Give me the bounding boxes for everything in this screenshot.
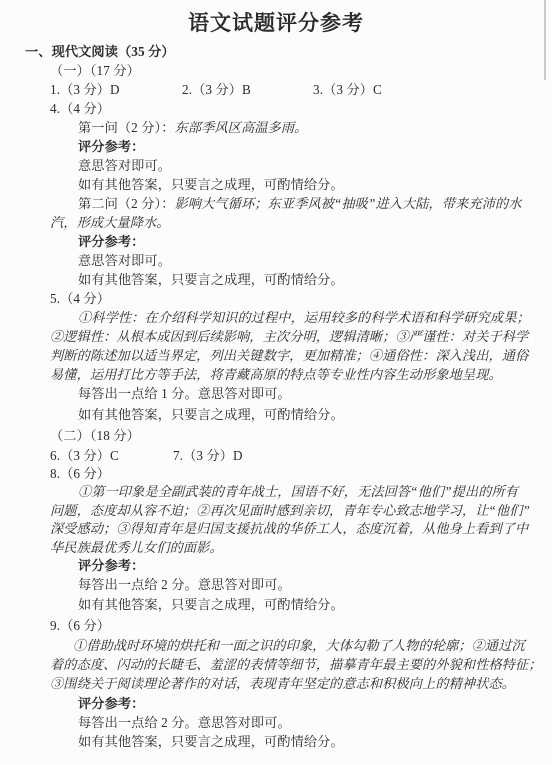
text-line: 评分参考： (78, 234, 144, 249)
text-segment: 每答出一点给 1 分。意思答对即可。 (78, 386, 291, 401)
kaiti-text-segment: 着的态度、闪动的长睫毛、羞涩的表情等细节，描摹青年最主要的外貌和性格特征； (50, 657, 542, 672)
kaiti-text-segment: 判断的陈述加以适当界定，列出关键数字，更加精准；④通俗性：深入浅出，通俗 (50, 348, 528, 363)
text-line: 2.（3 分）B (182, 82, 251, 97)
text-line: 4.（4 分） (50, 101, 110, 116)
text-line: 9.（6 分） (50, 618, 110, 633)
text-line: 8.（6 分） (50, 466, 110, 481)
text-segment: （一）（17 分） (50, 63, 140, 78)
text-line: 意思答对即可。 (78, 158, 171, 173)
text-line: 6.（3 分）C (50, 448, 119, 463)
text-line: 汽，形成大量降水。 (50, 215, 170, 230)
text-line: 每答出一点给 1 分。意思答对即可。 (78, 386, 291, 401)
text-segment: 3.（3 分）C (313, 82, 382, 97)
bold-text-segment: 评分参考： (78, 139, 144, 154)
text-line: 3.（3 分）C (313, 82, 382, 97)
text-line: 深受感动；③得知青年是归国支援抗战的华侨工人，态度沉着，从他身上看到了中 (50, 521, 528, 536)
text-line: 如有其他答案，只要言之成理，可酌情给分。 (78, 597, 344, 612)
text-line: 如有其他答案，只要言之成理，可酌情给分。 (78, 177, 344, 192)
text-segment: 意思答对即可。 (78, 158, 171, 173)
text-line: （一）（17 分） (50, 63, 140, 78)
kaiti-text-segment: 问题，态度却从容不迫；②再次见面时感到亲切，青年专心致志地学习，让“他们” (50, 503, 530, 518)
text-segment: 如有其他答案，只要言之成理，可酌情给分。 (78, 597, 344, 612)
text-line: （二）（18 分） (50, 428, 140, 443)
kaiti-text-segment: ②逻辑性：从根本成因到后续影响，主次分明，逻辑清晰；③严谨性：对关于科学 (50, 329, 528, 344)
text-segment: 5.（4 分） (50, 291, 110, 306)
page-title: 语文试题评分参考 (0, 7, 552, 37)
text-line: 1.（3 分）D (50, 82, 120, 97)
document-page: 语文试题评分参考 一、现代文阅读（35 分）（一）（17 分）1.（3 分）D2… (0, 0, 552, 765)
text-segment: 9.（6 分） (50, 618, 110, 633)
text-line: 第二问（2 分）：影响大气循环；东亚季风被“抽吸”进入大陆，带来充沛的水 (78, 196, 522, 211)
bold-text-segment: 评分参考： (78, 696, 144, 711)
text-segment: 每答出一点给 2 分。意思答对即可。 (78, 577, 291, 592)
text-line: 5.（4 分） (50, 291, 110, 306)
text-line: 每答出一点给 2 分。意思答对即可。 (78, 577, 291, 592)
text-line: 意思答对即可。 (78, 253, 171, 268)
text-segment: 第二问（2 分）： (78, 196, 175, 211)
kaiti-text-segment: 易懂，运用打比方等手法，将青藏高原的特点等专业性内容生动形象地呈现。 (50, 367, 502, 382)
text-segment: 意思答对即可。 (78, 253, 171, 268)
text-line: ①第一印象是全副武装的青年战士，国语不好，无法回答“他们”提出的所有 (78, 484, 518, 499)
text-line: 着的态度、闪动的长睫毛、羞涩的表情等细节，描摹青年最主要的外貌和性格特征； (50, 657, 542, 672)
text-line: 如有其他答案，只要言之成理，可酌情给分。 (78, 734, 344, 749)
text-segment: 第一问（2 分）： (78, 120, 175, 135)
kaiti-text-segment: 华民族最优秀儿女们的面影。 (50, 540, 223, 555)
scan-artifact-line (544, 0, 546, 80)
text-line: 每答出一点给 2 分。意思答对即可。 (78, 715, 291, 730)
text-segment: 2.（3 分）B (182, 82, 251, 97)
text-segment: 1.（3 分）D (50, 82, 120, 97)
kaiti-text-segment: 东部季风区高温多雨。 (175, 120, 308, 135)
text-line: ③围绕关于阅读理论著作的对话，表现青年坚定的意志和积极向上的精神状态。 (50, 676, 515, 691)
kaiti-text-segment: 深受感动；③得知青年是归国支援抗战的华侨工人，态度沉着，从他身上看到了中 (50, 521, 528, 536)
text-segment: （二）（18 分） (50, 428, 140, 443)
text-segment: 如有其他答案，只要言之成理，可酌情给分。 (78, 734, 344, 749)
text-line: 如有其他答案，只要言之成理，可酌情给分。 (78, 272, 344, 287)
text-line: ①借助战时环境的烘托和一面之识的印象，大体勾勒了人物的轮廓；②通过沉 (73, 638, 525, 653)
text-line: 问题，态度却从容不迫；②再次见面时感到亲切，青年专心致志地学习，让“他们” (50, 503, 530, 518)
kaiti-text-segment: ①借助战时环境的烘托和一面之识的印象，大体勾勒了人物的轮廓；②通过沉 (73, 638, 525, 653)
text-line: 第一问（2 分）：东部季风区高温多雨。 (78, 120, 307, 135)
text-line: ②逻辑性：从根本成因到后续影响，主次分明，逻辑清晰；③严谨性：对关于科学 (50, 329, 528, 344)
text-line: 评分参考： (78, 139, 144, 154)
text-segment: 如有其他答案，只要言之成理，可酌情给分。 (78, 272, 344, 287)
text-segment: 如有其他答案，只要言之成理，可酌情给分。 (78, 177, 344, 192)
text-line: 易懂，运用打比方等手法，将青藏高原的特点等专业性内容生动形象地呈现。 (50, 367, 502, 382)
bold-text-segment: 评分参考： (78, 558, 144, 573)
text-line: ①科学性：在介绍科学知识的过程中，运用较多的科学术语和科学研究成果； (78, 310, 530, 325)
kaiti-text-segment: 汽，形成大量降水。 (50, 215, 170, 230)
bold-text-segment: 评分参考： (78, 234, 144, 249)
kaiti-text-segment: ①科学性：在介绍科学知识的过程中，运用较多的科学术语和科学研究成果； (78, 310, 530, 325)
text-line: 7.（3 分）D (173, 448, 243, 463)
text-segment: 8.（6 分） (50, 466, 110, 481)
text-line: 评分参考： (78, 696, 144, 711)
bold-text-segment: 一、现代文阅读（35 分） (25, 44, 175, 59)
text-line: 判断的陈述加以适当界定，列出关键数字，更加精准；④通俗性：深入浅出，通俗 (50, 348, 528, 363)
text-line: 如有其他答案，只要言之成理，可酌情给分。 (78, 407, 344, 422)
kaiti-text-segment: 影响大气循环；东亚季风被“抽吸”进入大陆，带来充沛的水 (175, 196, 522, 211)
text-line: 评分参考： (78, 558, 144, 573)
text-line: 华民族最优秀儿女们的面影。 (50, 540, 223, 555)
text-segment: 如有其他答案，只要言之成理，可酌情给分。 (78, 407, 344, 422)
kaiti-text-segment: ①第一印象是全副武装的青年战士，国语不好，无法回答“他们”提出的所有 (78, 484, 518, 499)
text-segment: 7.（3 分）D (173, 448, 243, 463)
text-segment: 4.（4 分） (50, 101, 110, 116)
kaiti-text-segment: ③围绕关于阅读理论著作的对话，表现青年坚定的意志和积极向上的精神状态。 (50, 676, 515, 691)
text-segment: 6.（3 分）C (50, 448, 119, 463)
text-line: 一、现代文阅读（35 分） (25, 44, 175, 59)
text-segment: 每答出一点给 2 分。意思答对即可。 (78, 715, 291, 730)
